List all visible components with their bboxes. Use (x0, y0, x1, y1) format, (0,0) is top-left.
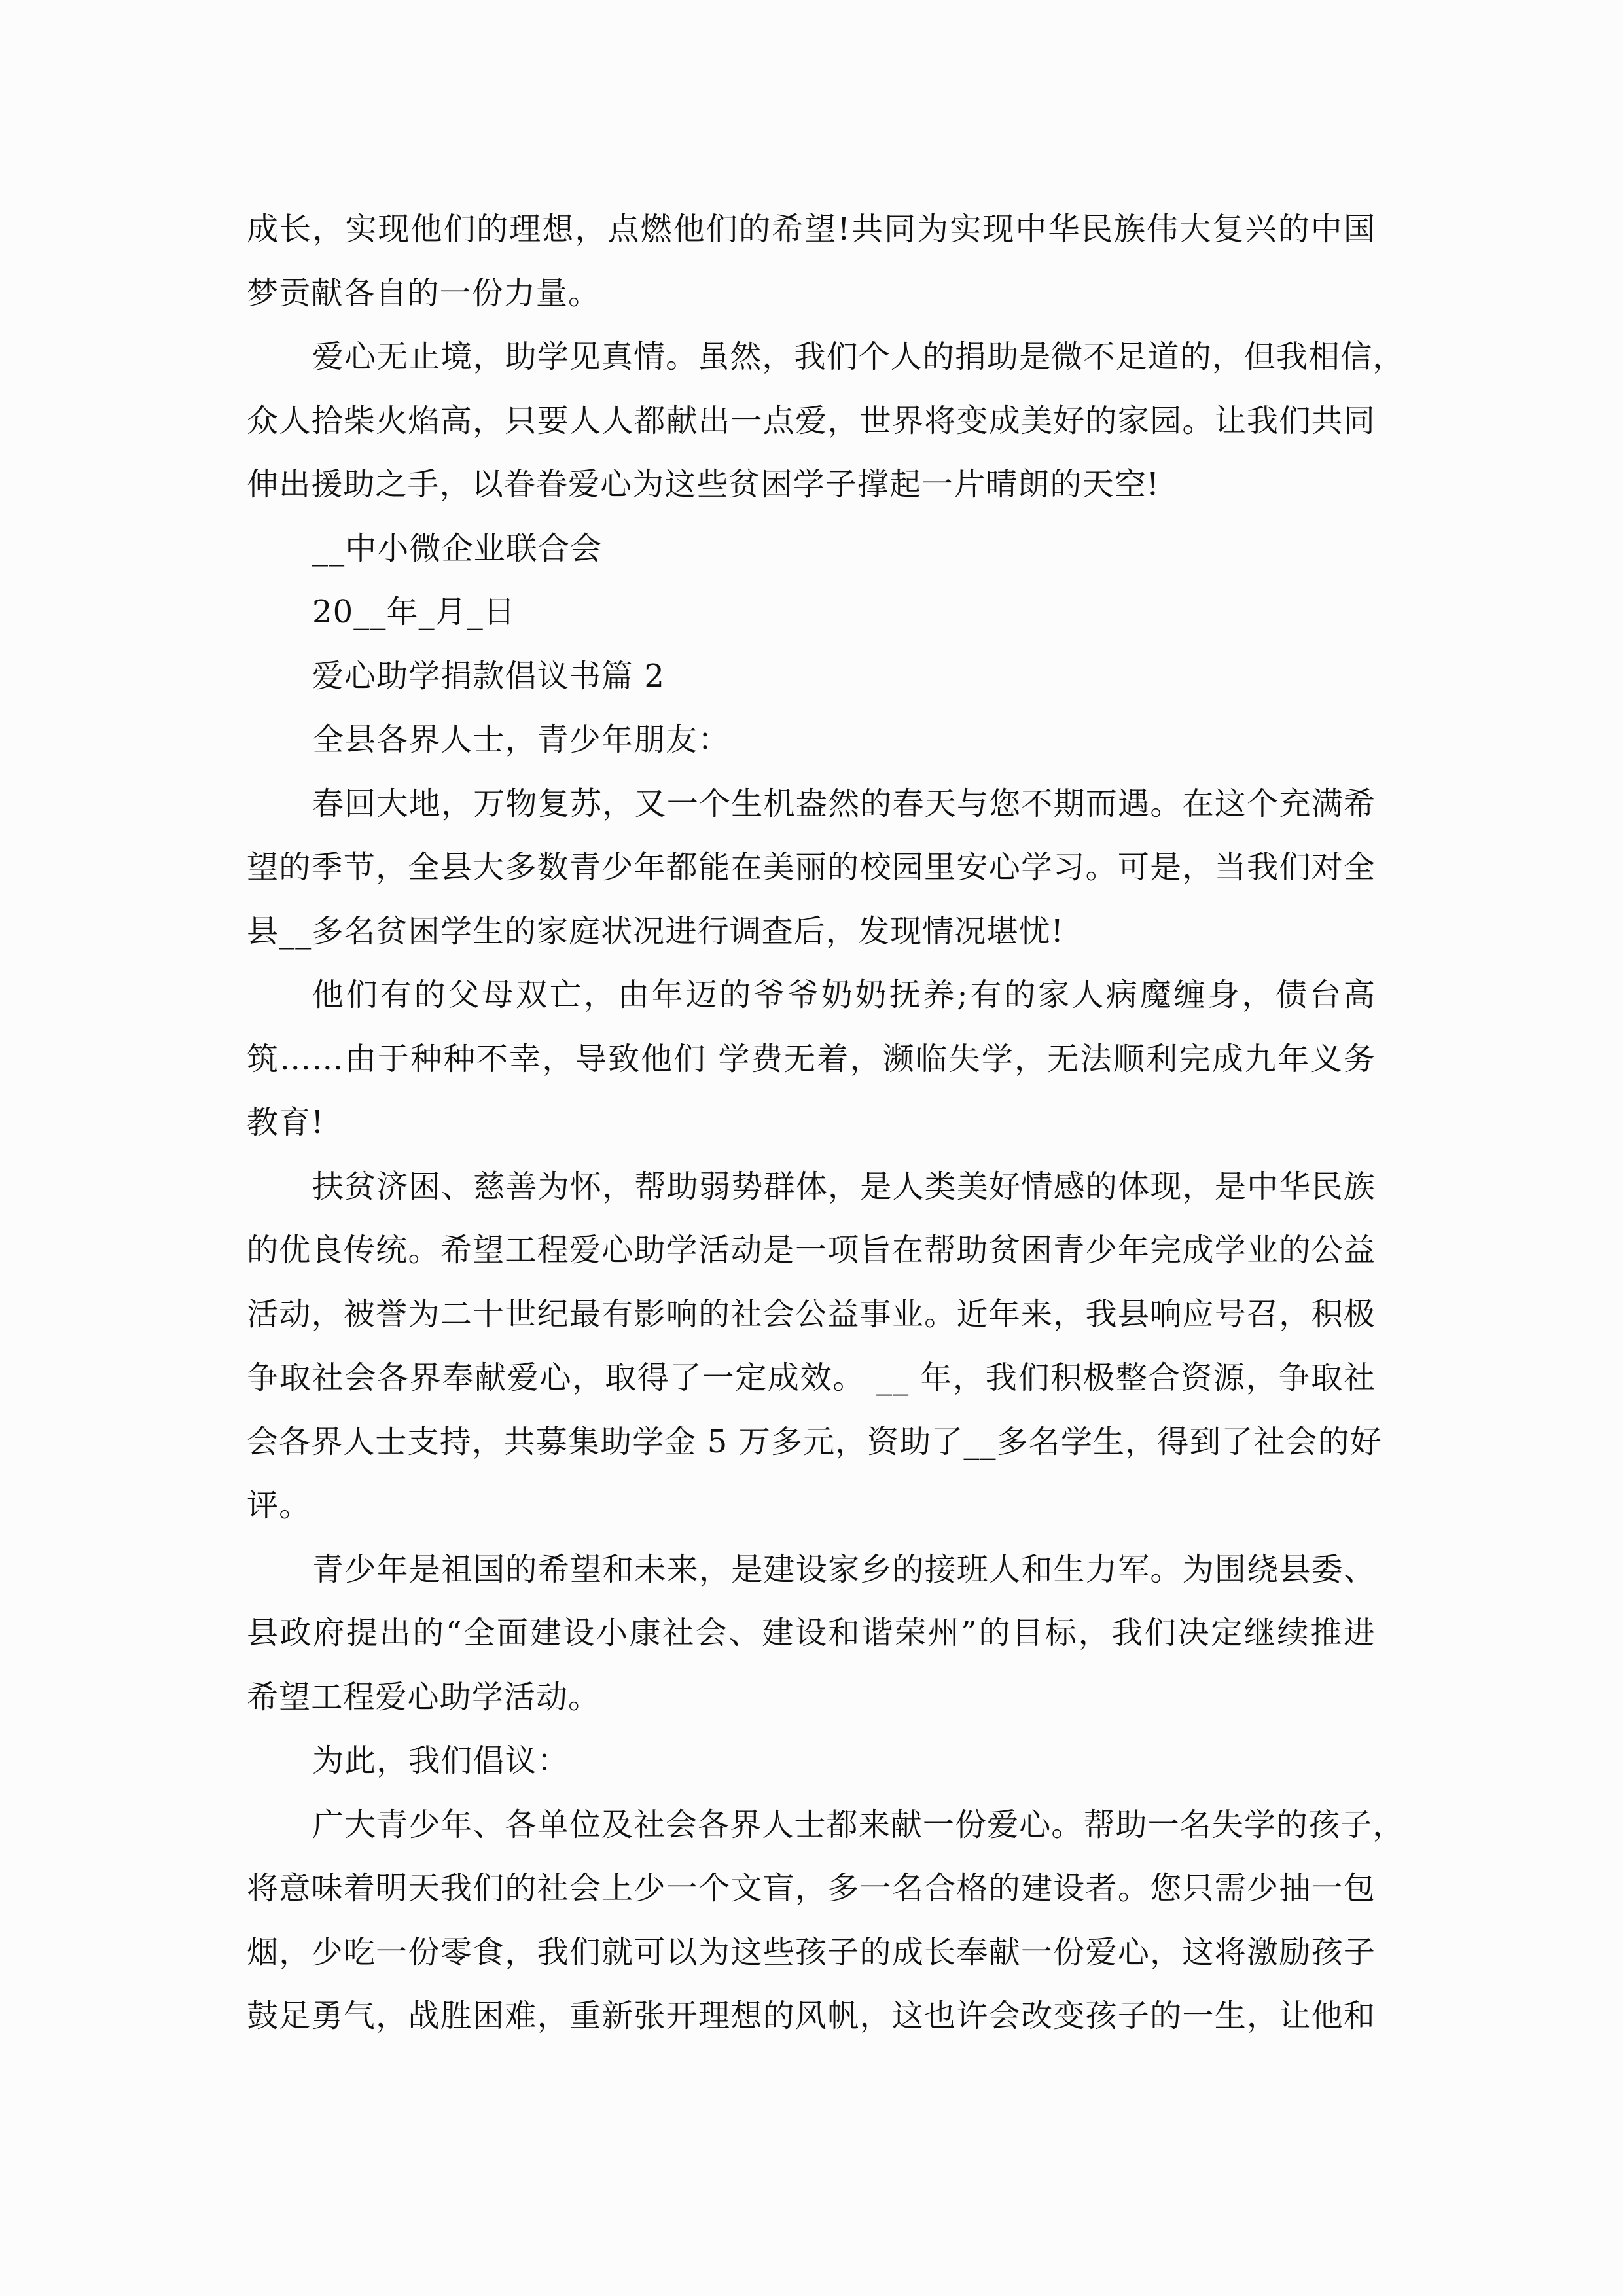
paragraph-line: 成长，实现他们的理想，点燃他们的希望!共同为实现中华民族伟大复兴的中国 (247, 204, 1376, 268)
paragraph-line: 教育! (247, 1098, 1376, 1162)
paragraph-line: 活动，被誉为二十世纪最有影响的社会公益事业。近年来，我县响应号召，积极 (247, 1289, 1376, 1354)
section-title: 爱心助学捐款倡议书篇 2 (247, 651, 1376, 715)
paragraph-line: 春回大地，万物复苏，又一个生机盎然的春天与您不期而遇。在这个充满希 (247, 779, 1376, 843)
proposal-heading: 为此，我们倡议： (247, 1736, 1376, 1800)
paragraph-line: 望的季节，全县大多数青少年都能在美丽的校园里安心学习。可是，当我们对全 (247, 842, 1376, 906)
paragraph-line: 的优良传统。希望工程爱心助学活动是一项旨在帮助贫困青少年完成学业的公益 (247, 1225, 1376, 1289)
paragraph-line: 争取社会各界奉献爱心，取得了一定成效。 __ 年，我们积极整合资源，争取社 (247, 1353, 1376, 1417)
paragraph-line: 众人拾柴火焰高，只要人人都献出一点爱，世界将变成美好的家园。让我们共同 (247, 396, 1376, 460)
paragraph-line: 筑……由于种种不幸，导致他们 学费无着，濒临失学，无法顺利完成九年义务 (247, 1034, 1376, 1098)
paragraph-line: 扶贫济困、慈善为怀，帮助弱势群体，是人类美好情感的体现，是中华民族 (247, 1162, 1376, 1226)
paragraph-line: 爱心无止境，助学见真情。虽然，我们个人的捐助是微不足道的，但我相信， (247, 332, 1376, 396)
salutation: 全县各界人士，青少年朋友： (247, 715, 1376, 779)
signature-organization: __中小微企业联合会 (247, 524, 1376, 588)
paragraph-line: 梦贡献各自的一份力量。 (247, 268, 1376, 332)
paragraph-line: 将意味着明天我们的社会上少一个文盲，多一名合格的建设者。您只需少抽一包 (247, 1863, 1376, 1928)
paragraph-line: 青少年是祖国的希望和未来，是建设家乡的接班人和生力军。为围绕县委、 (247, 1545, 1376, 1609)
paragraph-line: 鼓足勇气，战胜困难，重新张开理想的风帆，这也许会改变孩子的一生，让他和 (247, 1991, 1376, 2055)
paragraph-line: 广大青少年、各单位及社会各界人士都来献一份爱心。帮助一名失学的孩子， (247, 1800, 1376, 1864)
paragraph-line: 伸出援助之手，以眷眷爱心为这些贫困学子撑起一片晴朗的天空! (247, 459, 1376, 524)
paragraph-line: 他们有的父母双亡，由年迈的爷爷奶奶抚养;有的家人病魔缠身，债台高 (247, 970, 1376, 1034)
paragraph-line: 县__多名贫困学生的家庭状况进行调查后，发现情况堪忧! (247, 906, 1376, 971)
paragraph-line: 烟，少吃一份零食，我们就可以为这些孩子的成长奉献一份爱心，这将激励孩子 (247, 1928, 1376, 1992)
document-page: 成长，实现他们的理想，点燃他们的希望!共同为实现中华民族伟大复兴的中国 梦贡献各… (0, 0, 1623, 2296)
signature-date: 20__年_月_日 (247, 587, 1376, 651)
paragraph-line: 评。 (247, 1480, 1376, 1545)
document-body: 成长，实现他们的理想，点燃他们的希望!共同为实现中华民族伟大复兴的中国 梦贡献各… (247, 204, 1376, 2055)
paragraph-line: 希望工程爱心助学活动。 (247, 1672, 1376, 1736)
paragraph-line: 县政府提出的“全面建设小康社会、建设和谐荣州”的目标，我们决定继续推进 (247, 1608, 1376, 1672)
paragraph-line: 会各界人士支持，共募集助学金 5 万多元，资助了__多名学生，得到了社会的好 (247, 1417, 1376, 1481)
